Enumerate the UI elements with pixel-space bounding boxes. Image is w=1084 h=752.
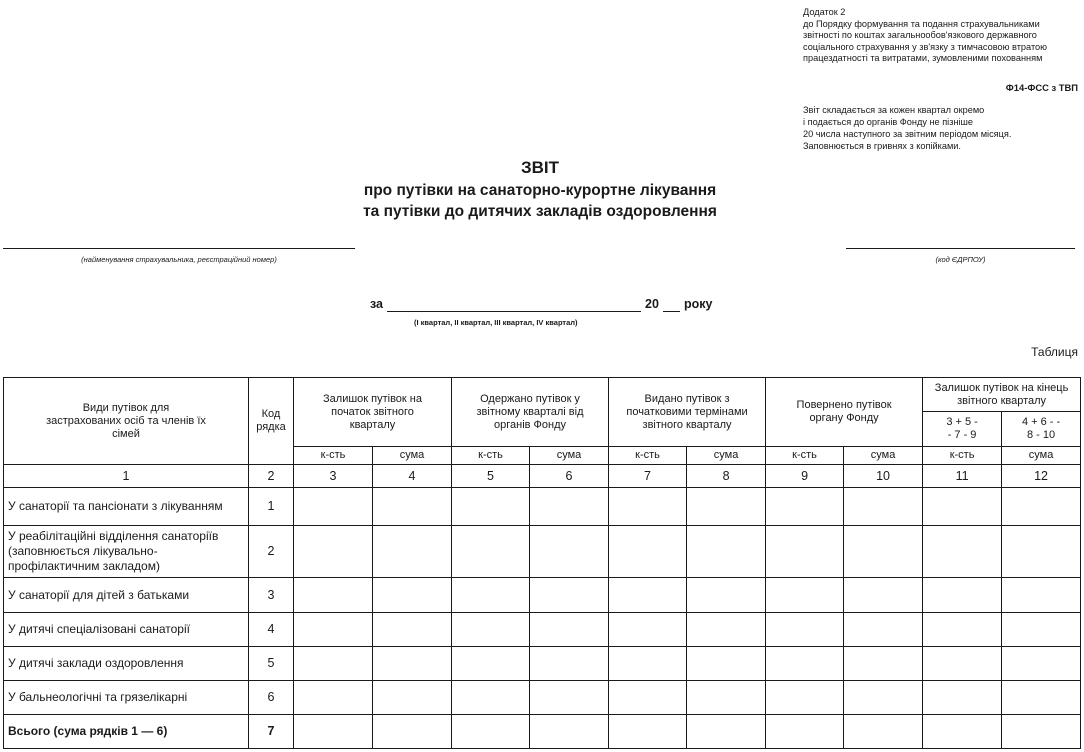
header-group-issued: Видано путівок з початковими термінами з…	[609, 378, 766, 447]
value-cell[interactable]	[452, 488, 530, 526]
header-qty: к-сть	[294, 447, 373, 465]
value-cell[interactable]	[923, 715, 1002, 749]
value-cell[interactable]	[530, 613, 609, 647]
value-cell[interactable]	[452, 681, 530, 715]
header-qty: к-сть	[609, 447, 687, 465]
table-row: У дитячі спеціалізовані санаторії4	[4, 613, 1081, 647]
header-sum: сума	[373, 447, 452, 465]
row-code: 6	[249, 681, 294, 715]
value-cell[interactable]	[452, 613, 530, 647]
value-cell[interactable]	[923, 647, 1002, 681]
value-cell[interactable]	[766, 613, 844, 647]
row-label: Всього (сума рядків 1 — 6)	[4, 715, 249, 749]
table-row: У санаторії для дітей з батьками3	[4, 578, 1081, 613]
annex-line: соціального страхування у зв'язку з тимч…	[803, 42, 1084, 54]
header-qty: к-сть	[923, 447, 1002, 465]
value-cell[interactable]	[373, 578, 452, 613]
header-group-received: Одержано путівок у звітному кварталі від…	[452, 378, 609, 447]
report-subtitle-line2: та путівки до дитячих закладів оздоровле…	[300, 201, 780, 222]
value-cell[interactable]	[294, 681, 373, 715]
row-code: 7	[249, 715, 294, 749]
value-cell[interactable]	[766, 715, 844, 749]
value-cell[interactable]	[687, 715, 766, 749]
value-cell[interactable]	[373, 715, 452, 749]
value-cell[interactable]	[373, 647, 452, 681]
table-row: У санаторії та пансіонати з лікуванням1	[4, 488, 1081, 526]
value-cell[interactable]	[766, 647, 844, 681]
value-cell[interactable]	[530, 715, 609, 749]
value-cell[interactable]	[609, 613, 687, 647]
row-label: У дитячі спеціалізовані санаторії	[4, 613, 249, 647]
column-number: 2	[249, 465, 294, 488]
value-cell[interactable]	[609, 681, 687, 715]
period-hint: (І квартал, ІІ квартал, ІІІ квартал, ІV …	[414, 318, 578, 327]
table-label: Таблиця	[1031, 345, 1078, 359]
row-label: У бальнеологічні та грязелікарні	[4, 681, 249, 715]
value-cell[interactable]	[923, 578, 1002, 613]
column-number: 10	[844, 465, 923, 488]
table-row: У реабілітаційні відділення санаторіїв (…	[4, 526, 1081, 578]
row-code: 4	[249, 613, 294, 647]
instruction-line: і подається до органів Фонду не пізніше	[803, 116, 1011, 128]
value-cell[interactable]	[844, 647, 923, 681]
value-cell[interactable]	[923, 681, 1002, 715]
value-cell[interactable]	[923, 613, 1002, 647]
header-group-closing: Залишок путівок на кінець звітного кварт…	[923, 378, 1081, 412]
value-cell[interactable]	[687, 613, 766, 647]
report-subtitle: про путівки на санаторно-курортне лікува…	[300, 180, 780, 222]
instruction-line: 20 числа наступного за звітним періодом …	[803, 128, 1011, 140]
header-code: Код рядка	[249, 378, 294, 465]
value-cell[interactable]	[530, 526, 609, 578]
period-underline	[387, 311, 641, 312]
header-sum: сума	[687, 447, 766, 465]
row-label: У санаторії та пансіонати з лікуванням	[4, 488, 249, 526]
row-code: 3	[249, 578, 294, 613]
table-row: Всього (сума рядків 1 — 6)7	[4, 715, 1081, 749]
value-cell[interactable]	[687, 526, 766, 578]
value-cell[interactable]	[609, 715, 687, 749]
value-cell[interactable]	[766, 488, 844, 526]
formula-sum-text: 4 + 6 - - 8 - 10	[1022, 416, 1060, 441]
header-types: Види путівок для застрахованих осіб та ч…	[4, 378, 249, 465]
value-cell[interactable]	[373, 488, 452, 526]
insurer-caption: (найменування страхувальника, реєстрацій…	[3, 255, 355, 264]
annex-title: Додаток 2	[803, 7, 1084, 19]
row-label: У реабілітаційні відділення санаторіїв (…	[4, 526, 249, 578]
column-number: 12	[1002, 465, 1081, 488]
value-cell[interactable]	[687, 578, 766, 613]
report-title: ЗВІТ	[300, 158, 780, 178]
edrpou-field[interactable]	[846, 236, 1075, 248]
column-number: 4	[373, 465, 452, 488]
value-cell[interactable]	[687, 681, 766, 715]
header-formula-qty: 3 + 5 - - 7 - 9	[923, 412, 1002, 447]
value-cell[interactable]	[687, 488, 766, 526]
value-cell[interactable]	[373, 681, 452, 715]
value-cell[interactable]	[1002, 681, 1081, 715]
form-code: Ф14-ФСС з ТВП	[1006, 82, 1078, 93]
column-number: 3	[294, 465, 373, 488]
value-cell[interactable]	[844, 613, 923, 647]
row-code: 2	[249, 526, 294, 578]
annex-line: працездатності та витратами, зумовленими…	[803, 53, 1084, 65]
value-cell[interactable]	[766, 578, 844, 613]
column-number: 1	[4, 465, 249, 488]
edrpou-underline	[846, 248, 1075, 249]
insurer-field[interactable]	[3, 236, 355, 248]
formula-qty-text: 3 + 5 - - 7 - 9	[946, 416, 978, 441]
value-cell[interactable]	[1002, 526, 1081, 578]
value-cell[interactable]	[766, 526, 844, 578]
value-cell[interactable]	[609, 488, 687, 526]
value-cell[interactable]	[373, 526, 452, 578]
value-cell[interactable]	[923, 526, 1002, 578]
value-cell[interactable]	[294, 578, 373, 613]
table-row: У бальнеологічні та грязелікарні6	[4, 681, 1081, 715]
year-prefix: 20	[645, 297, 659, 311]
insurer-underline	[3, 248, 355, 249]
value-cell[interactable]	[844, 715, 923, 749]
annex-line: до Порядку формування та подання страхув…	[803, 19, 1084, 31]
header-qty: к-сть	[766, 447, 844, 465]
value-cell[interactable]	[530, 578, 609, 613]
year-field[interactable]	[663, 296, 680, 310]
value-cell[interactable]	[766, 681, 844, 715]
value-cell[interactable]	[609, 526, 687, 578]
value-cell[interactable]	[294, 715, 373, 749]
value-cell[interactable]	[609, 578, 687, 613]
table-row: У дитячі заклади оздоровлення5	[4, 647, 1081, 681]
value-cell[interactable]	[844, 681, 923, 715]
header-sum: сума	[530, 447, 609, 465]
header-group-returned: Повернено путівок органу Фонду	[766, 378, 923, 447]
value-cell[interactable]	[1002, 578, 1081, 613]
column-number: 7	[609, 465, 687, 488]
header-sum: сума	[1002, 447, 1081, 465]
annex-block: Додаток 2 до Порядку формування та подан…	[803, 7, 1084, 65]
edrpou-caption: (код ЄДРПОУ)	[846, 255, 1075, 264]
row-label: У дитячі заклади оздоровлення	[4, 647, 249, 681]
header-formula-sum: 4 + 6 - - 8 - 10	[1002, 412, 1081, 447]
period-field[interactable]	[387, 296, 641, 310]
value-cell[interactable]	[609, 647, 687, 681]
value-cell[interactable]	[1002, 488, 1081, 526]
header-sum: сума	[844, 447, 923, 465]
row-label: У санаторії для дітей з батьками	[4, 578, 249, 613]
column-number: 6	[530, 465, 609, 488]
value-cell[interactable]	[844, 526, 923, 578]
value-cell[interactable]	[294, 647, 373, 681]
period-prefix: за	[370, 297, 383, 311]
instruction-line: Звіт складається за кожен квартал окремо	[803, 104, 1011, 116]
column-number: 8	[687, 465, 766, 488]
year-suffix: року	[684, 297, 712, 311]
value-cell[interactable]	[530, 647, 609, 681]
instructions-block: Звіт складається за кожен квартал окремо…	[803, 104, 1011, 152]
value-cell[interactable]	[1002, 647, 1081, 681]
column-number: 5	[452, 465, 530, 488]
value-cell[interactable]	[1002, 715, 1081, 749]
report-subtitle-line1: про путівки на санаторно-курортне лікува…	[300, 180, 780, 201]
value-cell[interactable]	[373, 613, 452, 647]
value-cell[interactable]	[844, 488, 923, 526]
report-table: Види путівок для застрахованих осіб та ч…	[3, 377, 1081, 749]
year-underline	[663, 311, 680, 312]
value-cell[interactable]	[844, 578, 923, 613]
value-cell[interactable]	[452, 578, 530, 613]
value-cell[interactable]	[530, 488, 609, 526]
value-cell[interactable]	[923, 488, 1002, 526]
value-cell[interactable]	[452, 526, 530, 578]
value-cell[interactable]	[1002, 613, 1081, 647]
column-number: 11	[923, 465, 1002, 488]
column-number: 9	[766, 465, 844, 488]
row-code: 1	[249, 488, 294, 526]
value-cell[interactable]	[294, 526, 373, 578]
header-qty: к-сть	[452, 447, 530, 465]
value-cell[interactable]	[452, 715, 530, 749]
instruction-line: Заповнюється в гривнях з копійками.	[803, 140, 1011, 152]
value-cell[interactable]	[294, 613, 373, 647]
value-cell[interactable]	[530, 681, 609, 715]
header-group-opening: Залишок путівок на початок звітного квар…	[294, 378, 452, 447]
value-cell[interactable]	[294, 488, 373, 526]
annex-line: звітності по коштах загальнообов'язковог…	[803, 30, 1084, 42]
column-number-row: 123456789101112	[4, 465, 1081, 488]
value-cell[interactable]	[687, 647, 766, 681]
row-code: 5	[249, 647, 294, 681]
value-cell[interactable]	[452, 647, 530, 681]
